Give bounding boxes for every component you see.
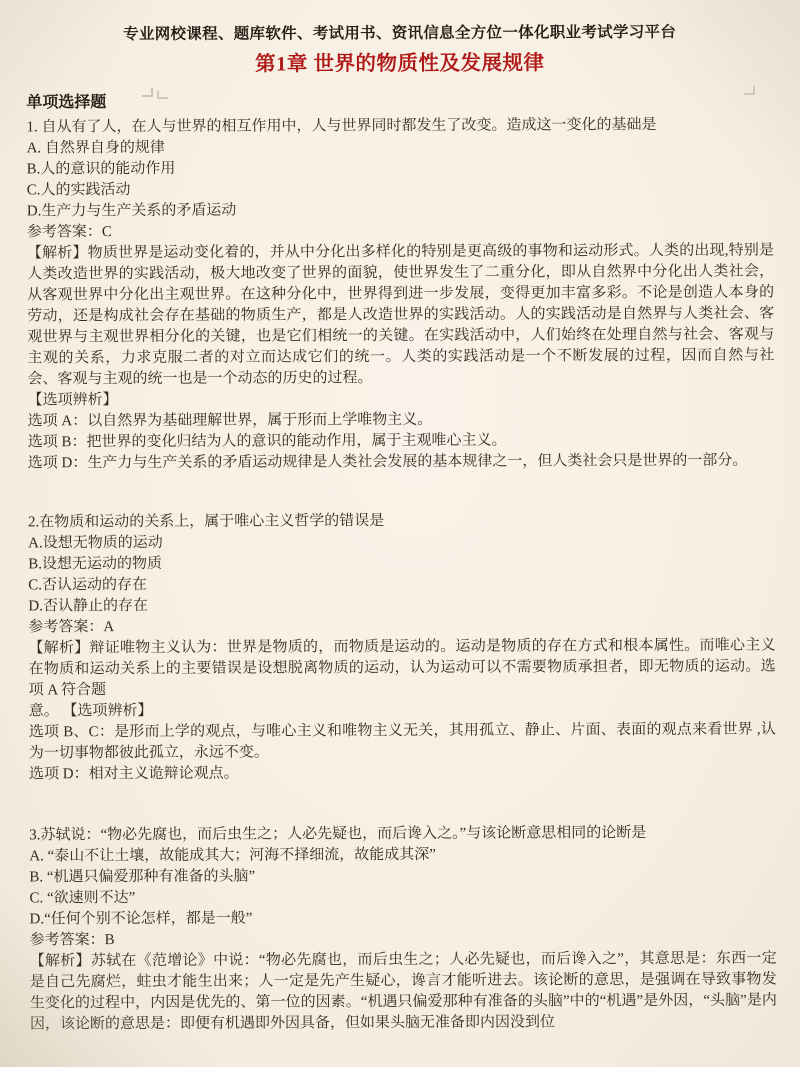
option-review-heading: 【选项辨析】 <box>28 388 775 412</box>
option-d: D.否认静止的存在 <box>28 594 775 618</box>
question-stem: 3.苏轼说：“物必先腐也，而后虫生之；人必先疑也，而后谗入之。”与该论断意思相同… <box>29 823 776 847</box>
option-review-a: 选项 A：以自然界为基础理解世界，属于形而上学唯物主义。 <box>28 409 775 433</box>
option-review-bc: 选项 B、C：是形而上学的观点，与唯心主义和唯物主义无关，其用孤立、静止、片面、… <box>29 720 776 765</box>
question-block-1: 1. 自从有了人，在人与世界的相互作用中，人与世界同时都发生了改变。造成这一变化… <box>26 115 774 475</box>
platform-header: 专业网校课程、题库软件、考试用书、资讯信息全方位一体化职业考试学习平台 <box>26 23 773 46</box>
option-review-d: 选项 D：相对主义诡辩论观点。 <box>29 762 776 786</box>
option-b: B. “机遇只偏爱那种有准备的头脑” <box>29 865 776 889</box>
scanned-page: 专业网校课程、题库软件、考试用书、资讯信息全方位一体化职业考试学习平台 第1章 … <box>0 0 800 1067</box>
option-a: A. “泰山不让土壤，故能成其大；河海不择细流，故能成其深” <box>29 844 776 868</box>
page-content: 专业网校课程、题库软件、考试用书、资讯信息全方位一体化职业考试学习平台 第1章 … <box>0 0 800 1036</box>
option-c: C.否认运动的存在 <box>28 573 775 597</box>
option-review-b: 选项 B：把世界的变化归结为人的意识的能动作用，属于主观唯心主义。 <box>28 430 775 454</box>
option-b: B.设想无运动的物质 <box>28 552 775 576</box>
option-b: B.人的意识的能动作用 <box>27 157 774 181</box>
option-d: D.生产力与生产关系的矛盾运动 <box>27 199 774 223</box>
page-title: 第1章 世界的物质性及发展规律 <box>26 50 773 80</box>
section-heading: 单项选择题 <box>26 90 773 114</box>
option-a: A.设想无物质的运动 <box>28 531 775 555</box>
option-review-heading: 意。 【选项辨析】 <box>29 699 776 723</box>
option-review-d: 选项 D：生产力与生产关系的矛盾运动规律是人类社会发展的基本规律之一，但人类社会… <box>28 451 775 475</box>
question-block-2: 2.在物质和运动的关系上，属于唯心主义哲学的错误是 A.设想无物质的运动 B.设… <box>28 510 776 786</box>
question-stem: 2.在物质和运动的关系上，属于唯心主义哲学的错误是 <box>28 510 775 534</box>
analysis-paragraph: 【解析】辩证唯物主义认为：世界是物质的，而物质是运动的。运动是物质的存在方式和根… <box>28 636 775 702</box>
analysis-paragraph: 【解析】物质世界是运动变化着的，并从中分化出多样化的特别是更高级的事物和运动形式… <box>27 241 775 391</box>
answer-line: 参考答案：C <box>27 220 774 244</box>
option-c: C.人的实践活动 <box>27 178 774 202</box>
answer-line: 参考答案：A <box>28 615 775 639</box>
question-stem: 1. 自从有了人，在人与世界的相互作用中，人与世界同时都发生了改变。造成这一变化… <box>26 115 773 139</box>
question-block-3: 3.苏轼说：“物必先腐也，而后虫生之；人必先疑也，而后谗入之。”与该论断意思相同… <box>29 823 777 1036</box>
answer-line: 参考答案：B <box>30 928 777 952</box>
option-c: C. “欲速则不达” <box>29 886 776 910</box>
analysis-paragraph: 【解析】苏轼在《范增论》中说：“物必先腐也，而后虫生之；人必先疑也，而后谗入之”… <box>30 949 777 1036</box>
option-a: A. 自然界自身的规律 <box>27 136 774 160</box>
option-d: D.“任何个别不论怎样，都是一般” <box>30 907 777 931</box>
